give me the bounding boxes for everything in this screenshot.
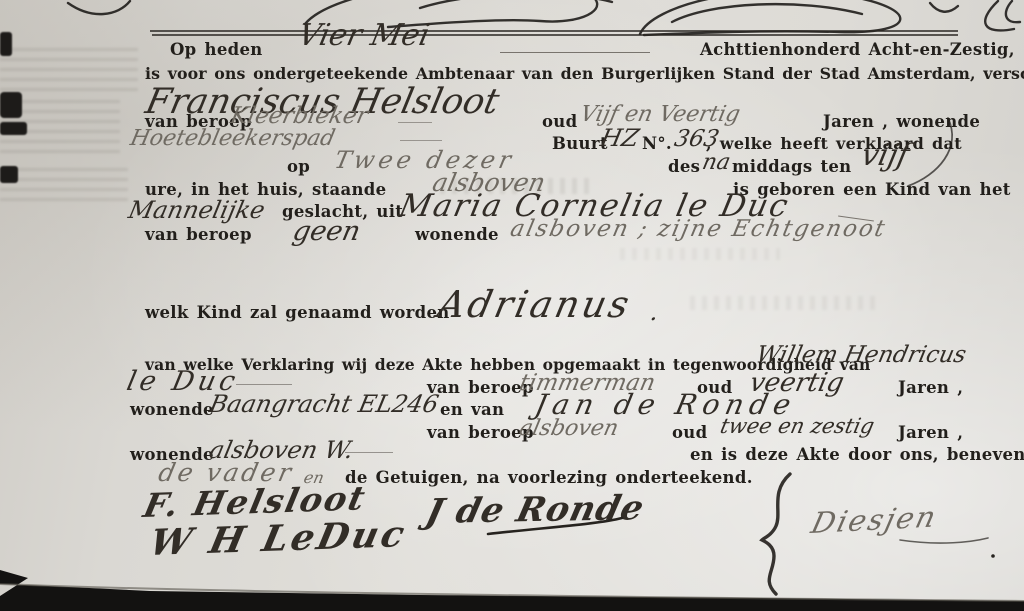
birth-certificate-scan: Op heden Vier Mei Achttienhonderd Acht-e… xyxy=(0,0,1024,611)
photo-bottom-edge xyxy=(0,0,1024,611)
